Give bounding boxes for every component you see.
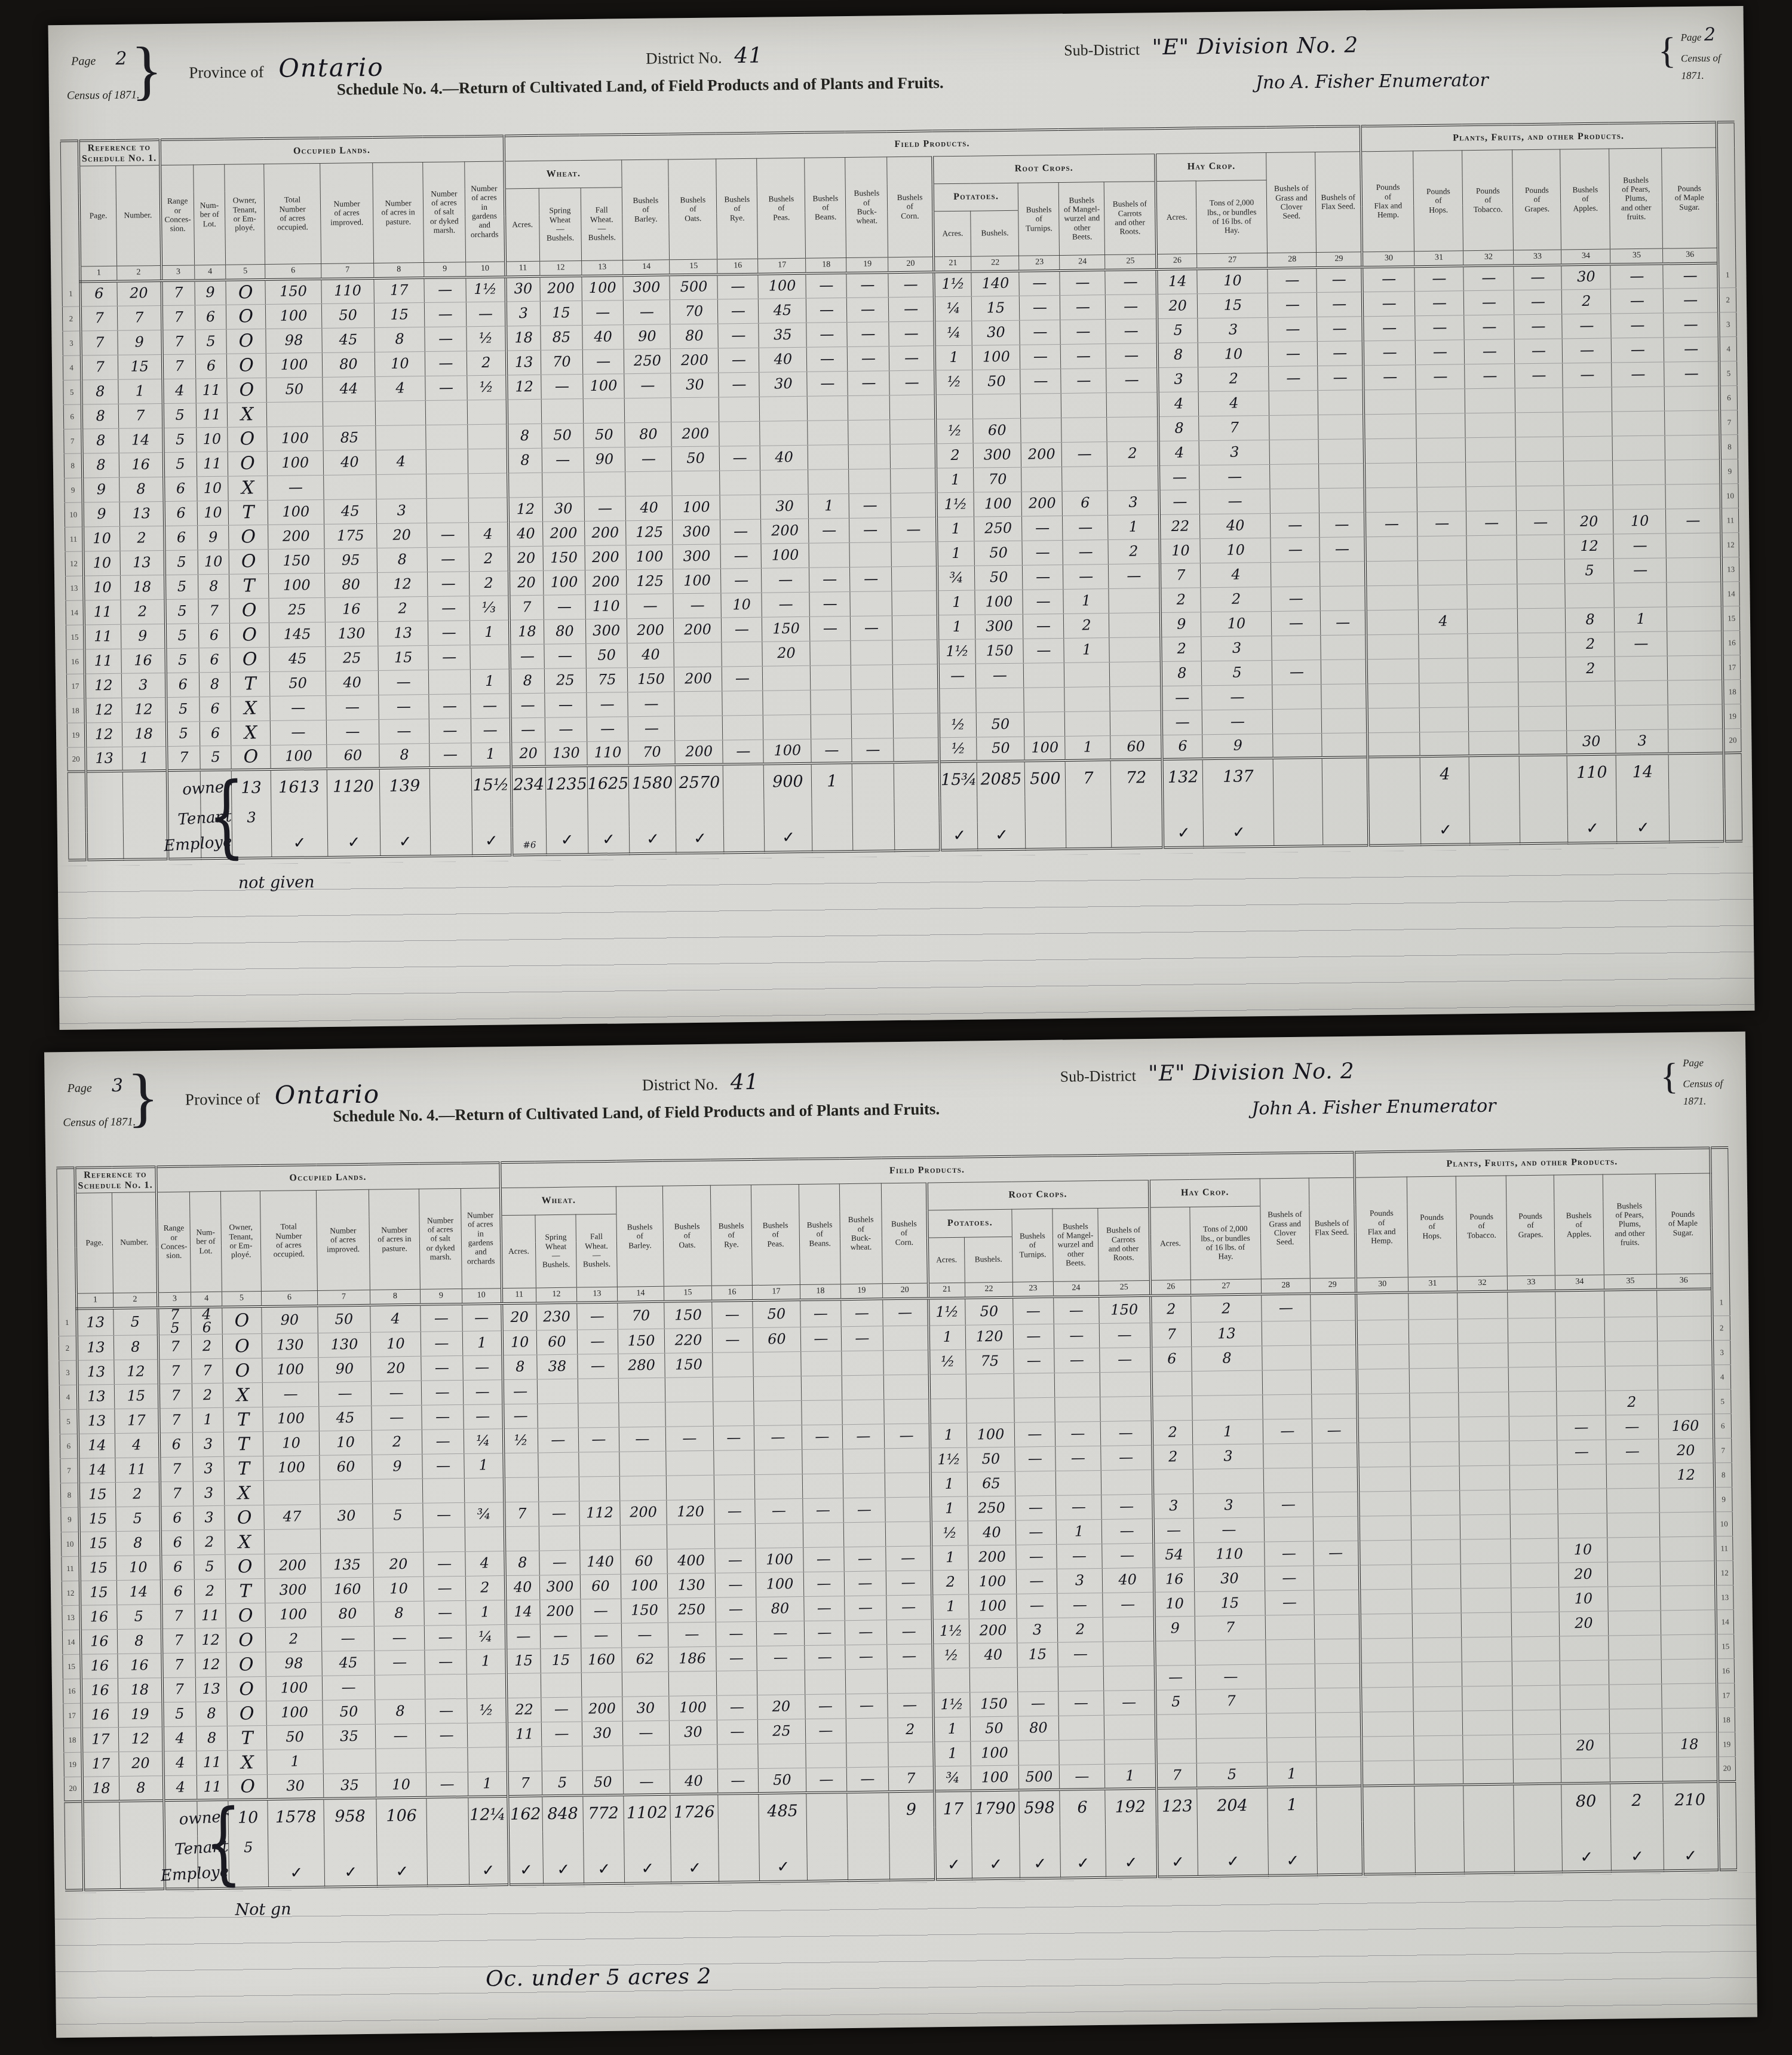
entry-cell: 60 [1110, 735, 1162, 760]
entry-cell [893, 688, 938, 713]
entry-cell: — [852, 738, 894, 763]
entry-cell: — [1611, 289, 1664, 314]
total-cell: 1 [1268, 1786, 1317, 1823]
entry-cell [1312, 1443, 1358, 1468]
column-header: Number of acres improved. [320, 162, 374, 263]
column-header: Bushels of Apples. [1560, 149, 1610, 250]
entry-cell: 16 [121, 648, 165, 673]
entry-cell [1565, 582, 1614, 608]
entry-cell [1610, 1733, 1662, 1758]
entry-cell: 280 [618, 1353, 665, 1378]
entry-cell: 300 [673, 519, 720, 544]
entry-cell: 125 [626, 520, 673, 545]
entry-cell: — [1055, 1422, 1100, 1447]
entry-cell [1560, 1660, 1609, 1685]
column-header: Bushels of Apples. [1554, 1174, 1604, 1275]
total-cell [469, 1832, 509, 1858]
entry-cell: 70 [670, 299, 718, 324]
entry-cell: 100 [971, 1741, 1018, 1766]
entry-cell [666, 1451, 714, 1476]
entry-cell: — [464, 1404, 503, 1430]
column-number: 23 [1019, 255, 1060, 271]
entry-cell: — [422, 1405, 464, 1430]
entry-cell [1508, 1367, 1556, 1392]
entry-cell: 8 [196, 1701, 227, 1726]
entry-cell [1100, 1397, 1152, 1422]
province-label: Province of [185, 1090, 260, 1109]
entry-cell: 50 [977, 737, 1024, 762]
entry-cell [1411, 1515, 1460, 1540]
entry-cell: — [1054, 1296, 1100, 1324]
subdistrict-value: "E" Division No. 2 [1152, 33, 1358, 60]
entry-cell: — [428, 620, 470, 645]
entry-cell: 7 [81, 330, 118, 355]
entry-cell [1609, 1660, 1661, 1685]
column-number: 18 [806, 257, 846, 274]
column-number: 11 [505, 261, 540, 277]
entry-cell: — [544, 594, 585, 619]
entry-cell: — [1606, 1415, 1658, 1440]
entry-cell: — [1314, 1541, 1359, 1566]
entry-cell: 50 [970, 1716, 1018, 1741]
entry-cell: — [1100, 1348, 1151, 1373]
entry-cell: O [222, 1334, 262, 1359]
entry-cell [929, 1374, 966, 1399]
entry-cell: — [718, 299, 759, 324]
total-cell: 17 [934, 1790, 972, 1827]
row-number: 2 [1719, 287, 1736, 312]
entry-cell: 2 [1201, 587, 1271, 612]
entry-cell [1417, 535, 1466, 560]
column-number: 32 [1457, 1276, 1507, 1292]
row-number: 12 [62, 1581, 79, 1605]
entry-cell: — [722, 617, 762, 642]
entry-cell: 35 [759, 323, 806, 348]
entry-cell: 12 [1659, 1463, 1714, 1488]
entry-cell: 9 [198, 525, 229, 550]
total-cell: 958 [324, 1798, 377, 1834]
entry-cell: 300 [585, 618, 627, 643]
entry-cell [1311, 1345, 1357, 1370]
row-number-gutter [1725, 814, 1743, 841]
census-sheet-page-2: Page 2 Census of 1871. } Province of Ont… [48, 6, 1755, 1030]
entry-cell [1419, 658, 1468, 683]
entry-cell: — [805, 1719, 846, 1744]
total-cell [1019, 1825, 1060, 1851]
entry-cell: 30 [1567, 729, 1616, 754]
column-number: 6 [265, 263, 321, 280]
entry-cell: — [716, 1622, 756, 1647]
entry-cell: 250 [968, 1496, 1015, 1521]
entry-cell: 20 [119, 1752, 163, 1777]
entry-cell: — [421, 1356, 463, 1381]
entry-cell [719, 421, 760, 446]
column-header: Pounds of Hops. [1413, 150, 1463, 251]
entry-cell: — [582, 349, 624, 374]
entry-cell [504, 1453, 538, 1478]
entry-cell: — [846, 1694, 888, 1719]
entry-cell: 2 [1161, 636, 1201, 661]
entry-cell [1418, 560, 1467, 585]
entry-cell: 12 [118, 1727, 162, 1752]
entry-cell: 6 [195, 305, 226, 330]
row-number: 15 [1716, 1634, 1734, 1659]
entry-cell: 50 [542, 423, 584, 448]
row-number-gutter [1718, 1817, 1736, 1842]
entry-cell: 160 [321, 1577, 373, 1602]
entry-cell [1411, 1564, 1460, 1589]
entry-cell [324, 474, 376, 499]
total-cell [671, 1829, 719, 1855]
entry-cell: 19 [118, 1703, 162, 1728]
entry-cell [1666, 532, 1721, 557]
entry-cell: 10 [198, 550, 229, 575]
entry-cell: — [321, 1626, 374, 1651]
entry-cell: 4 [115, 1433, 159, 1458]
entry-cell: 500 [670, 274, 717, 299]
entry-cell: 13 [120, 550, 164, 575]
checkmark-cell: ✓ [671, 1854, 719, 1882]
row-number: 12 [1715, 1561, 1733, 1585]
entry-cell: — [421, 1381, 463, 1406]
total-cell [1567, 790, 1616, 815]
entry-cell: 10 [502, 1330, 536, 1355]
census-label: Census of 1871. [63, 1116, 136, 1130]
entry-cell: 5 [117, 1605, 161, 1630]
column-header: Bushels of Rye. [710, 1185, 752, 1286]
entry-cell: 2 [372, 1430, 422, 1455]
entry-cell [1269, 415, 1318, 440]
entry-cell: — [1321, 610, 1366, 635]
entry-cell [1312, 1467, 1358, 1492]
entry-cell [263, 1480, 320, 1505]
entry-cell: O [226, 280, 265, 305]
entry-cell: 40 [670, 1769, 717, 1794]
row-number: 17 [66, 674, 84, 698]
checkmark-cell [848, 1852, 890, 1881]
entry-cell [851, 689, 893, 714]
entry-cell [973, 394, 1021, 419]
entry-cell [1607, 1537, 1660, 1562]
entry-cell: 2 [1152, 1421, 1192, 1446]
entry-cell: 30 [671, 372, 719, 397]
entry-cell: 20 [1659, 1438, 1714, 1464]
entry-cell: — [375, 1723, 425, 1749]
entry-cell: — [428, 596, 470, 621]
entry-cell: 100 [263, 1407, 319, 1432]
entry-cell: — [800, 1299, 842, 1327]
entry-cell: — [1264, 1492, 1313, 1517]
entry-cell: ½ [932, 1643, 969, 1668]
column-number: 22 [971, 256, 1019, 272]
entry-cell [375, 400, 425, 425]
entry-cell: 1 [118, 379, 162, 404]
entry-cell: 20 [1564, 509, 1613, 534]
entry-cell: — [1023, 565, 1063, 590]
entry-cell: O [227, 378, 266, 403]
checkmark-cell [1464, 1845, 1515, 1873]
entry-cell: 10 [1200, 538, 1271, 563]
entry-cell: — [803, 1572, 844, 1597]
entry-cell: 45 [322, 327, 375, 352]
entry-cell [619, 1402, 665, 1427]
entry-cell: — [1464, 290, 1514, 315]
entry-cell [1518, 657, 1566, 682]
total-cell [852, 798, 894, 824]
entry-cell [1311, 1293, 1357, 1321]
entry-cell [1366, 585, 1418, 610]
row-number: 18 [63, 1728, 81, 1752]
entry-cell [720, 495, 760, 520]
entry-cell: — [1101, 1495, 1153, 1520]
column-number: 9 [424, 262, 466, 278]
corner-page-block: { Page 2 Census of 1871. [1658, 19, 1724, 85]
entry-cell: — [1514, 265, 1561, 290]
entry-cell: 7 [1150, 1323, 1191, 1348]
total-cell: 1580 [629, 765, 676, 801]
column-header: Fall Wheat. — Bushels. [581, 187, 623, 260]
entry-cell: — [372, 1405, 422, 1430]
entry-cell [1511, 1587, 1559, 1612]
entry-cell [1321, 634, 1366, 660]
entry-cell: 20 [1157, 293, 1198, 318]
entry-cell [1109, 612, 1161, 637]
checkmark-cell: ✓ [271, 830, 328, 858]
row-number: 10 [61, 1532, 79, 1556]
column-header: Number. [116, 165, 161, 266]
column-header: Bushels of Peas. [757, 158, 806, 259]
entry-cell: 200 [585, 569, 627, 594]
row-number: 8 [64, 453, 82, 478]
entry-cell: 45 [324, 499, 376, 524]
entry-cell [722, 691, 763, 716]
row-number: 10 [1714, 1512, 1732, 1536]
entry-cell: — [1317, 292, 1363, 317]
entry-cell: 2 [1566, 631, 1615, 657]
entry-cell: O [227, 1701, 266, 1726]
row-number: 15 [63, 1654, 81, 1679]
column-header: Number of acres improved. [316, 1189, 370, 1290]
column-header: Number of acres in pasture. [369, 1189, 420, 1290]
column-header: Owner, Tenant, or Em- ployé. [220, 1191, 261, 1292]
entry-cell: 9 [121, 624, 165, 649]
entry-cell: 8 [1161, 661, 1202, 686]
column-header: Bushels of Carrots and other Roots. [1104, 181, 1156, 254]
entry-cell: — [889, 370, 935, 395]
entry-cell [1409, 1344, 1458, 1369]
entry-cell: — [1268, 292, 1317, 317]
enumerator-signature: John A. Fisher Enumerator [1251, 1096, 1496, 1119]
entry-cell [1414, 1735, 1463, 1760]
entry-cell [1509, 1440, 1557, 1465]
entry-cell: 45 [759, 298, 806, 323]
group-header-reference: Reference to Schedule No. 1. [78, 140, 159, 166]
checkmark-cell: ✓ [324, 1858, 378, 1887]
entry-cell: 1 [462, 1331, 502, 1356]
entry-cell: 50 [975, 565, 1023, 590]
entry-cell: 4 6 [191, 1307, 223, 1335]
entry-cell [1109, 588, 1160, 613]
total-cell [119, 1801, 164, 1837]
entry-cell: — [1103, 1593, 1154, 1618]
entry-cell [507, 399, 541, 424]
entry-cell: — [806, 322, 847, 347]
column-header: Fall Wheat. — Bushels. [576, 1214, 617, 1287]
row-number: 16 [1716, 1659, 1734, 1683]
entry-cell [1508, 1342, 1556, 1367]
row-number: 9 [1720, 459, 1738, 483]
column-header: Acres. [501, 1214, 536, 1288]
entry-cell: X [225, 1530, 264, 1555]
entry-cell [425, 1674, 467, 1700]
column-number: 7 [321, 263, 374, 279]
ledger-ruling [54, 1873, 1757, 2035]
total-cell [1060, 1825, 1106, 1851]
entry-cell [1509, 1416, 1557, 1441]
entry-cell: 15 [1017, 1642, 1058, 1667]
column-header: Tons of 2,000 lbs., or bundles of 16 lbs… [1196, 180, 1268, 253]
column-header: Bushels of Flax Seed. [1315, 151, 1362, 252]
schedule-4-table: Reference to Schedule No. 1.Occupied Lan… [56, 1146, 1737, 1891]
entry-cell: — [624, 299, 670, 324]
entry-cell: — [1100, 1421, 1152, 1446]
entry-cell [849, 542, 891, 567]
entry-cell: — [1199, 464, 1270, 489]
entry-cell: 300 [974, 443, 1021, 468]
entry-cell: — [510, 717, 545, 743]
column-number: 16 [711, 1285, 752, 1301]
entry-cell: — [1271, 513, 1320, 538]
entry-cell: 9 [195, 280, 226, 305]
entry-cell: 1 [1065, 735, 1110, 760]
entry-cell: X [228, 1750, 267, 1775]
entry-cell [1266, 1639, 1315, 1664]
row-number: 7 [60, 1459, 78, 1483]
total-cell [676, 800, 723, 826]
entry-cell: 8 [1192, 1346, 1262, 1371]
entry-cell: — [805, 1694, 846, 1719]
district-label: District No. [646, 48, 722, 67]
entry-cell: 98 [266, 328, 322, 353]
entry-cell: X [227, 402, 266, 427]
entry-cell [890, 419, 935, 444]
entry-cell: O [222, 1306, 262, 1334]
entry-cell: — [423, 1503, 465, 1528]
entry-cell [504, 1526, 539, 1551]
entry-cell: X [231, 696, 270, 721]
brace-glyph: { [1658, 20, 1677, 83]
entry-cell: 2 [115, 1482, 159, 1507]
entry-cell: 7 [158, 1384, 192, 1409]
entry-cell: 95 [324, 548, 377, 573]
entry-cell: — [503, 1404, 538, 1429]
total-cell [430, 803, 472, 829]
entry-cell: — [717, 274, 758, 299]
column-number: 36 [1663, 247, 1718, 263]
entry-cell: 8 [375, 1699, 425, 1724]
entry-cell [1660, 1536, 1715, 1562]
page-label: Page [71, 54, 96, 68]
entry-cell: T [227, 1726, 266, 1751]
entry-cell [1017, 1667, 1058, 1692]
row-number: 14 [66, 600, 84, 625]
total-cell [1463, 1784, 1514, 1820]
entry-cell [1510, 1489, 1558, 1514]
entry-cell [1193, 1468, 1263, 1493]
entry-cell: — [463, 1355, 502, 1381]
entry-cell: 8 [505, 1551, 539, 1576]
entry-cell: 4 [163, 1775, 197, 1801]
entry-cell: — [1612, 361, 1664, 387]
entry-cell [1563, 411, 1612, 436]
entry-cell: — [544, 643, 586, 668]
entry-cell: O [228, 427, 267, 452]
entry-cell [1357, 1369, 1409, 1394]
entry-cell [1466, 461, 1516, 486]
entry-cell: 40 [1102, 1568, 1153, 1593]
column-header: Total Number of acres occupied. [264, 163, 321, 264]
total-cell: 106 [376, 1797, 427, 1833]
entry-cell [753, 1352, 801, 1377]
entry-cell: 8 [375, 327, 425, 352]
entry-cell [1459, 1392, 1509, 1417]
entry-cell: — [1054, 1348, 1100, 1373]
entry-cell: 50 [266, 377, 323, 402]
entry-cell: ½ [935, 370, 972, 395]
checkmark-cell [1323, 818, 1369, 846]
entry-cell: 5 [165, 599, 198, 624]
checkmark-cell: ✓ [508, 1857, 544, 1885]
entry-cell: 25 [269, 597, 325, 622]
entry-cell: — [581, 1599, 621, 1624]
checkmark-cell: ✓ [1020, 1850, 1061, 1878]
entry-cell: — [722, 666, 763, 691]
checkmark-cell: ✓ [1204, 819, 1275, 847]
entry-cell: 9 [118, 330, 162, 355]
entry-cell: 5 [1565, 558, 1614, 583]
entry-cell: 11 [84, 624, 121, 649]
entry-cell: 10 [721, 593, 762, 618]
column-number: 8 [374, 262, 424, 278]
entry-cell [1419, 633, 1468, 658]
entry-cell [619, 1476, 666, 1501]
entry-cell: — [505, 1624, 540, 1649]
entry-cell: 100 [265, 1603, 321, 1628]
column-number: 12 [536, 1287, 576, 1303]
entry-cell: 40 [968, 1520, 1015, 1545]
checkmark-cell [889, 1852, 935, 1880]
entry-cell [1463, 1759, 1513, 1784]
entry-cell [1064, 662, 1110, 687]
entry-cell [376, 1748, 426, 1773]
column-number: 36 [1656, 1273, 1711, 1289]
total-cell [1362, 1785, 1415, 1821]
entry-cell [1513, 1734, 1561, 1759]
entry-cell: — [1664, 361, 1719, 386]
row-number: 6 [1720, 385, 1738, 410]
entry-cell: — [424, 1625, 466, 1651]
entry-cell [1468, 682, 1518, 707]
entry-cell [811, 665, 851, 690]
entry-cell: — [800, 1327, 841, 1352]
checkmark-cell [1520, 815, 1569, 844]
entry-cell: 7 [161, 280, 195, 305]
entry-cell [753, 1376, 801, 1401]
row-number-gutter [65, 1801, 83, 1837]
checkmark-cell [724, 825, 765, 853]
entry-cell: — [268, 475, 324, 500]
entry-cell [1604, 1317, 1657, 1342]
